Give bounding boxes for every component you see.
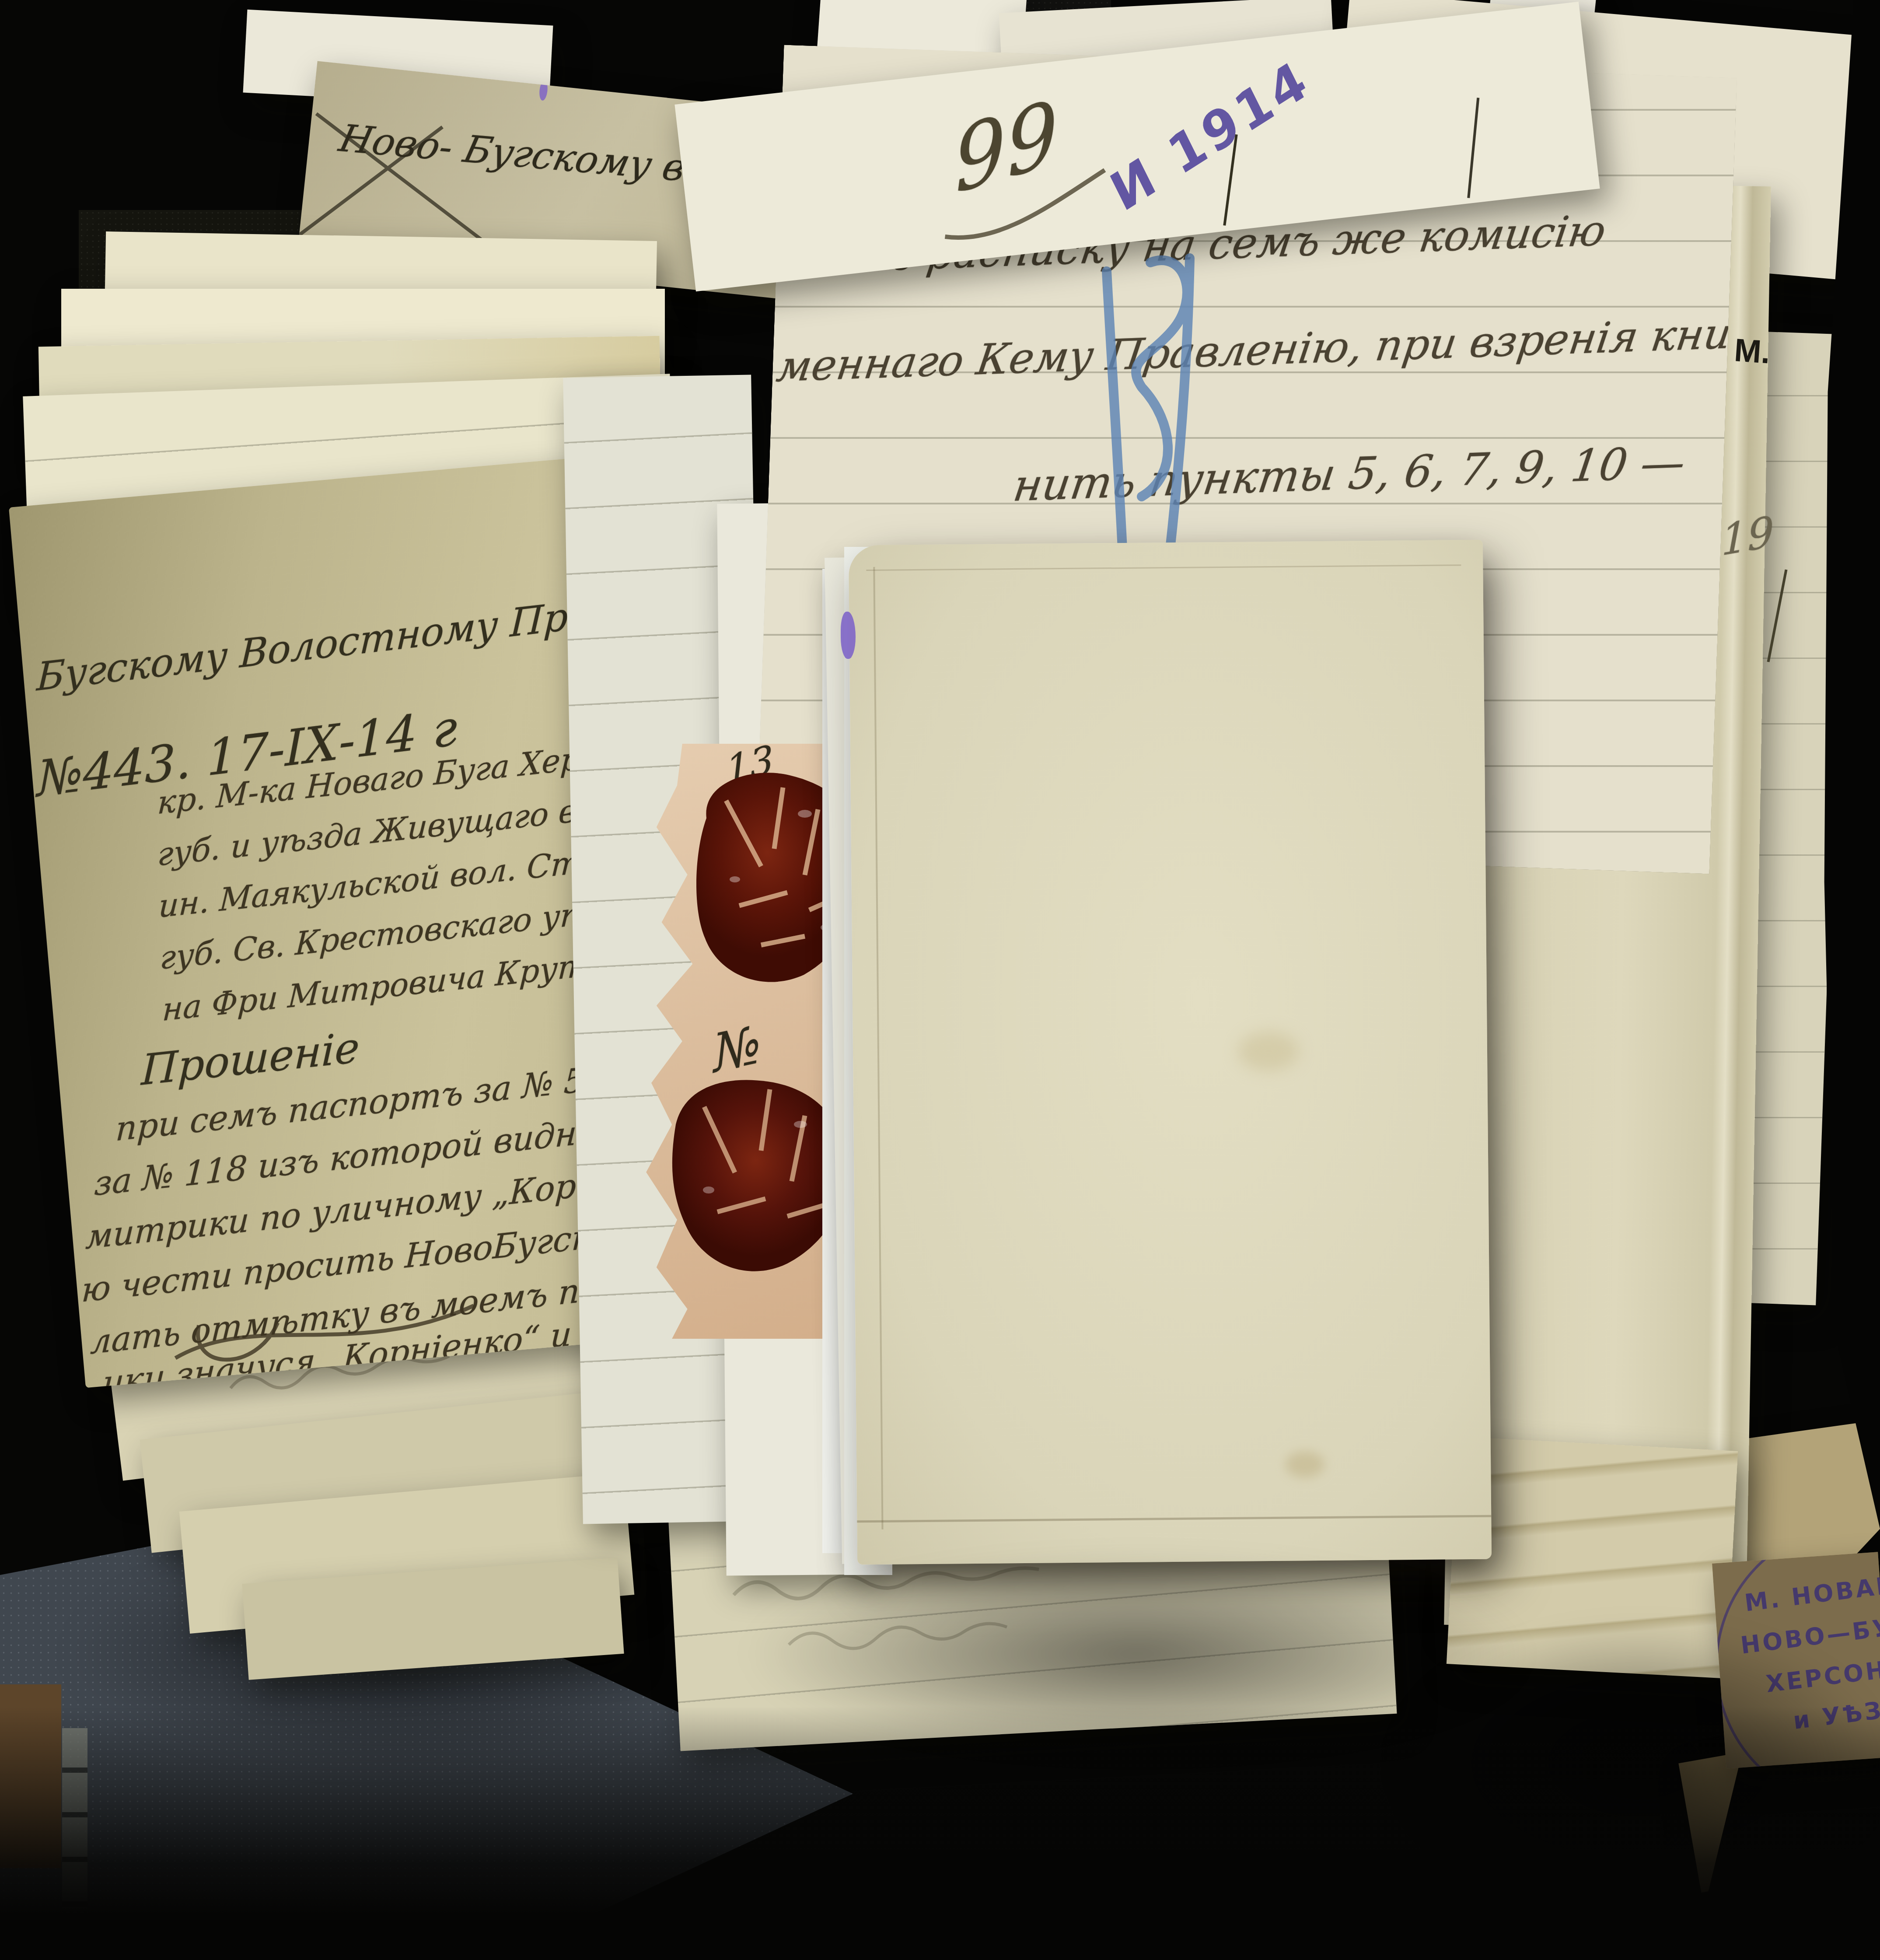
resolution-line: меннаго Кему Правленію, при взренія кни (774, 309, 1735, 392)
petition-title: Прошеніе (140, 1023, 360, 1095)
stain-spot (1238, 1031, 1300, 1071)
check-stroke (1467, 98, 1479, 198)
fold-line (873, 567, 883, 1529)
corner-letter: М. (1733, 331, 1772, 371)
crease-shadow (857, 1515, 1491, 1523)
fold-line (866, 564, 1461, 571)
stain-spot (1285, 1451, 1325, 1478)
blank-sheet (849, 540, 1492, 1565)
year-stamp: И 1914 (1101, 48, 1319, 224)
photo-archival-documents: Ново- Бугскому волостни Бугскому Волостн… (0, 0, 1880, 1960)
corner-year: 19 (1721, 507, 1774, 566)
bottom-black-fade (0, 1706, 1880, 1960)
